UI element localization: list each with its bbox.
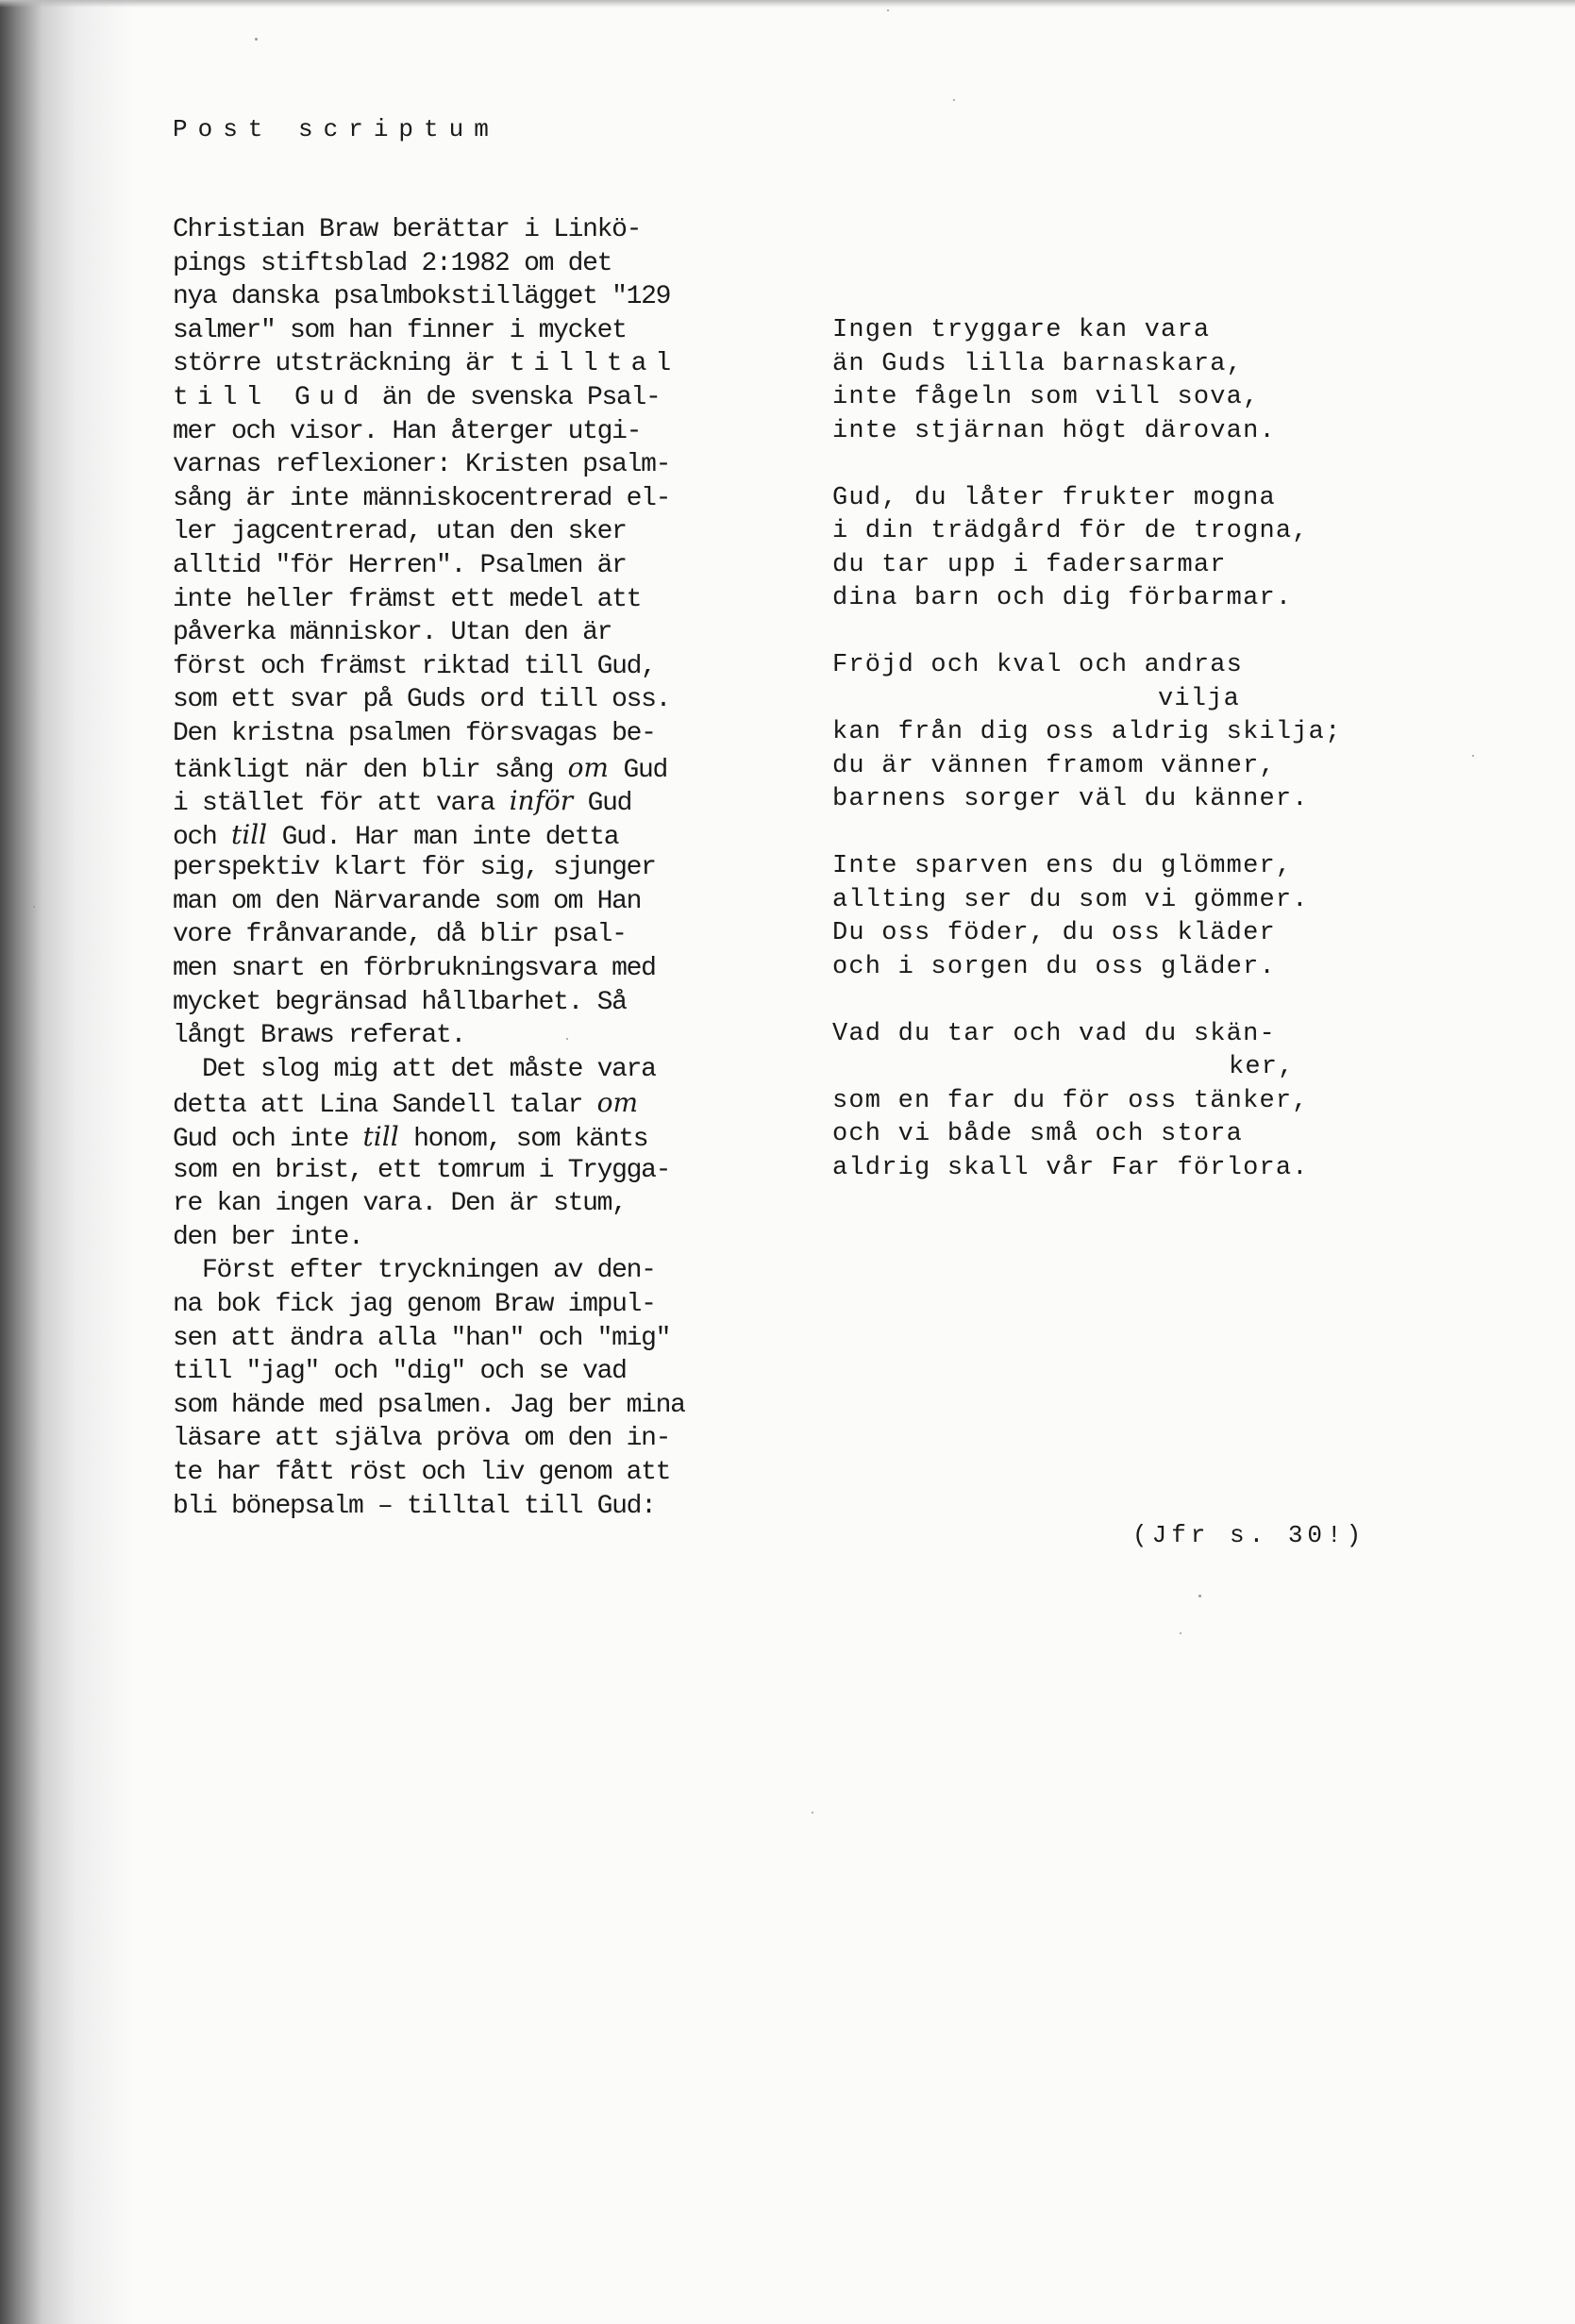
poem-stanza: Ingen tryggare kan varaän Guds lilla bar… — [832, 314, 1531, 448]
text-run: tänkligt när den blir sång — [173, 756, 568, 785]
poem-stanza: Gud, du låter frukter mognai din trädgår… — [832, 482, 1531, 616]
scan-edge-shadow — [0, 0, 132, 2324]
text-line: större utsträckning är tilltal — [173, 347, 777, 381]
text-line: Först efter tryckningen av den- — [173, 1254, 777, 1288]
text-run: påverka människor. Utan den är — [173, 618, 612, 647]
text-run: Gud och inte — [173, 1125, 363, 1154]
text-run: men snart en förbrukningsvara med — [173, 954, 656, 983]
poem-line: Du oss föder, du oss kläder — [832, 917, 1531, 951]
text-line: till Gud än de svenska Psal- — [173, 381, 777, 415]
poem-line: du är vännen framom vänner, — [832, 750, 1531, 784]
poem-stanza: Inte sparven ens du glömmer,allting ser … — [832, 850, 1531, 984]
poem-stanza: Vad du tar och vad du skän-ker,som en fa… — [832, 1018, 1531, 1186]
text-line: sen att ändra alla "han" och "mig" — [173, 1322, 777, 1356]
text-run: Det slog mig att det måste vara — [173, 1055, 656, 1084]
text-line: Gud och inte till honom, som känts — [173, 1120, 777, 1154]
scan-speck — [1472, 755, 1474, 757]
text-line: långt Braws referat. — [173, 1019, 777, 1053]
text-run: som hände med psalmen. Jag ber mina — [173, 1391, 685, 1420]
text-run: te har fått röst och liv genom att — [173, 1458, 670, 1487]
text-run: Gud. Har man inte detta — [267, 823, 618, 852]
text-line: detta att Lina Sandell talar om — [173, 1086, 777, 1120]
text-run: först och främst riktad till Gud, — [173, 652, 656, 681]
text-line: inte heller främst ett medel att — [173, 583, 777, 617]
text-run: vore frånvarande, då blir psal- — [173, 920, 627, 949]
text-line: varnas reflexioner: Kristen psalm- — [173, 448, 777, 482]
essay-column: Christian Braw berättar i Linkö-pings st… — [173, 213, 777, 1523]
emphasized-word: inför — [510, 785, 574, 816]
scan-speck — [255, 38, 258, 41]
scan-speck — [953, 99, 955, 101]
text-line: man om den Närvarande som om Han — [173, 885, 777, 919]
text-line: som ett svar på Guds ord till oss. — [173, 683, 777, 717]
text-line: bli bönepsalm – tilltal till Gud: — [173, 1490, 777, 1524]
poem-line: Ingen tryggare kan vara — [832, 314, 1531, 348]
text-run: Gud — [609, 756, 667, 785]
poem-line: Gud, du låter frukter mogna — [832, 482, 1531, 516]
poem-line: ker, — [832, 1051, 1531, 1085]
poem-line: allting ser du som vi gömmer. — [832, 884, 1531, 918]
text-run: na bok fick jag genom Braw impul- — [173, 1290, 656, 1319]
poem-line: aldrig skall vår Far förlora. — [832, 1152, 1531, 1186]
poem-line: som en far du för oss tänker, — [832, 1085, 1531, 1119]
text-line: alltid "för Herren". Psalmen är — [173, 549, 777, 583]
text-line: påverka människor. Utan den är — [173, 616, 777, 650]
text-run: man om den Närvarande som om Han — [173, 887, 641, 916]
text-run: Christian Braw berättar i Linkö- — [173, 215, 641, 244]
text-line: vore frånvarande, då blir psal- — [173, 918, 777, 952]
text-line: och till Gud. Har man inte detta — [173, 818, 777, 852]
scan-speck — [887, 9, 889, 11]
text-line: tänkligt när den blir sång om Gud — [173, 751, 777, 785]
text-line: nya danska psalmbokstillägget "129 — [173, 280, 777, 314]
poem-line: Inte sparven ens du glömmer, — [832, 850, 1531, 884]
text-run: re kan ingen vara. Den är stum, — [173, 1189, 627, 1218]
text-run: bli bönepsalm – tilltal till Gud: — [173, 1492, 656, 1521]
text-line: mer och visor. Han återger utgi- — [173, 415, 777, 449]
text-line: först och främst riktad till Gud, — [173, 650, 777, 684]
emphasized-word: till — [231, 819, 267, 850]
text-line: Det slog mig att det måste vara — [173, 1053, 777, 1087]
text-run: pings stiftsblad 2:1982 om det — [173, 249, 612, 278]
text-run: detta att Lina Sandell talar — [173, 1091, 597, 1120]
text-run: mer och visor. Han återger utgi- — [173, 417, 641, 446]
text-line: sång är inte människocentrerad el- — [173, 482, 777, 516]
poem-line: och vi både små och stora — [832, 1118, 1531, 1152]
poem-line: barnens sorger väl du känner. — [832, 783, 1531, 817]
hymn-poem: Ingen tryggare kan varaän Guds lilla bar… — [832, 314, 1531, 1219]
poem-line: vilja — [832, 683, 1531, 717]
text-line: re kan ingen vara. Den är stum, — [173, 1187, 777, 1221]
text-run: än de svenska Psal- — [367, 383, 660, 412]
scan-speck — [1198, 1595, 1201, 1597]
poem-line: i din trädgård för de trogna, — [832, 515, 1531, 549]
text-line: te har fått röst och liv genom att — [173, 1456, 777, 1490]
poem-line: Vad du tar och vad du skän- — [832, 1018, 1531, 1052]
text-run: som en brist, ett tomrum i Trygga- — [173, 1156, 670, 1185]
poem-line: och i sorgen du oss gläder. — [832, 951, 1531, 985]
text-run: i stället för att vara — [173, 789, 510, 818]
text-run: perspektiv klart för sig, sjunger — [173, 853, 656, 882]
text-line: salmer" som han finner i mycket — [173, 314, 777, 348]
text-run: salmer" som han finner i mycket — [173, 316, 627, 345]
text-run: mycket begränsad hållbarhet. Så — [173, 988, 627, 1017]
text-run: den ber inte. — [173, 1223, 363, 1252]
poem-line: dina barn och dig förbarmar. — [832, 582, 1531, 616]
text-run: Den kristna psalmen försvagas be- — [173, 719, 656, 748]
emphasized-word: till — [363, 1121, 399, 1152]
text-line: som en brist, ett tomrum i Trygga- — [173, 1154, 777, 1188]
text-line: men snart en förbrukningsvara med — [173, 952, 777, 986]
poem-line: kan från dig oss aldrig skilja; — [832, 716, 1531, 750]
text-line: läsare att själva pröva om den in- — [173, 1422, 777, 1456]
text-line: ler jagcentrerad, utan den sker — [173, 515, 777, 549]
text-run: större utsträckning är — [173, 349, 510, 378]
text-run: varnas reflexioner: Kristen psalm- — [173, 450, 670, 479]
scan-speck — [812, 1812, 813, 1814]
emphasized-word: om — [597, 1087, 638, 1118]
text-line: pings stiftsblad 2:1982 om det — [173, 247, 777, 281]
text-run: Först efter tryckningen av den- — [173, 1256, 656, 1285]
text-line: Den kristna psalmen försvagas be- — [173, 717, 777, 751]
text-line: mycket begränsad hållbarhet. Så — [173, 986, 777, 1020]
text-run: inte heller främst ett medel att — [173, 585, 641, 614]
scan-speck — [33, 906, 35, 908]
text-line: i stället för att vara inför Gud — [173, 784, 777, 818]
text-run: läsare att själva pröva om den in- — [173, 1424, 670, 1453]
text-run: alltid "för Herren". Psalmen är — [173, 551, 627, 580]
scan-top-shadow — [0, 0, 1575, 8]
poem-line: du tar upp i fadersarmar — [832, 549, 1531, 583]
text-line: perspektiv klart för sig, sjunger — [173, 851, 777, 885]
spaced-emphasis: tilltal — [510, 349, 680, 378]
poem-line: än Guds lilla barnaskara, — [832, 348, 1531, 382]
scan-speck — [1180, 1632, 1181, 1634]
poem-line: inte fågeln som vill sova, — [832, 381, 1531, 415]
text-run: ler jagcentrerad, utan den sker — [173, 517, 627, 546]
spaced-emphasis: till Gud — [173, 383, 367, 412]
text-run: sen att ändra alla "han" och "mig" — [173, 1324, 670, 1353]
text-line: den ber inte. — [173, 1221, 777, 1255]
text-line: till "jag" och "dig" och se vad — [173, 1355, 777, 1389]
text-run: sång är inte människocentrerad el- — [173, 484, 670, 513]
text-run: till "jag" och "dig" och se vad — [173, 1357, 627, 1386]
poem-line: inte stjärnan högt därovan. — [832, 415, 1531, 449]
text-line: Christian Braw berättar i Linkö- — [173, 213, 777, 247]
text-run: och — [173, 823, 231, 852]
scan-speck — [566, 1038, 568, 1040]
text-run: Gud — [573, 789, 631, 818]
cross-reference-note: (Jfr s. 30!) — [1132, 1521, 1366, 1549]
page-title: Post scriptum — [173, 115, 499, 143]
text-line: na bok fick jag genom Braw impul- — [173, 1288, 777, 1322]
poem-stanza: Fröjd och kval och andrasviljakan från d… — [832, 649, 1531, 817]
emphasized-word: om — [568, 752, 609, 783]
text-line: som hände med psalmen. Jag ber mina — [173, 1389, 777, 1423]
poem-line: Fröjd och kval och andras — [832, 649, 1531, 683]
text-run: som ett svar på Guds ord till oss. — [173, 685, 670, 714]
text-run: långt Braws referat. — [173, 1021, 465, 1050]
text-run: honom, som känts — [399, 1125, 648, 1154]
text-run: nya danska psalmbokstillägget "129 — [173, 282, 670, 311]
